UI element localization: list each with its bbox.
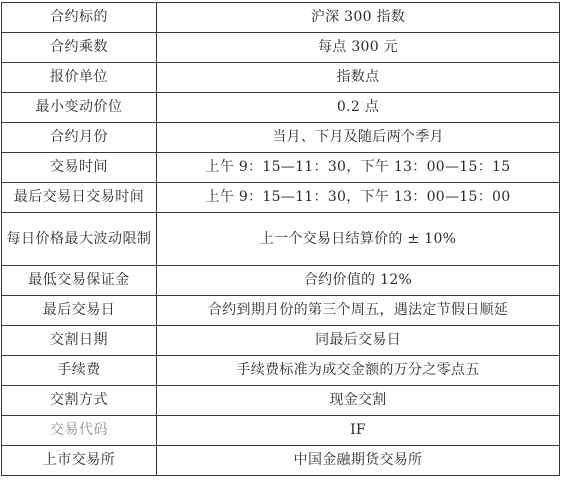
table-row: 最后交易日 合约到期月份的第三个周五，遇法定节假日顺延 xyxy=(2,296,560,326)
row-value: 手续费标准为成交金额的万分之零点五 xyxy=(157,356,560,386)
table-row: 交易时间 上午 9：15—11：30，下午 13：00—15：15 xyxy=(2,153,560,183)
table-row: 最小变动价位 0.2 点 xyxy=(2,93,560,123)
row-value: 中国金融期货交易所 xyxy=(157,446,560,476)
contract-spec-table: 合约标的 沪深 300 指数 合约乘数 每点 300 元 报价单位 指数点 最小… xyxy=(1,2,560,476)
table-row: 交割方式 现金交割 xyxy=(2,386,560,416)
table-row: 上市交易所 中国金融期货交易所 xyxy=(2,446,560,476)
row-label: 报价单位 xyxy=(2,63,157,93)
row-value: 现金交割 xyxy=(157,386,560,416)
table-row: 合约月份 当月、下月及随后两个季月 xyxy=(2,123,560,153)
table-row: 每日价格最大波动限制 上一个交易日结算价的 ± 10% xyxy=(2,213,560,266)
row-value: 上一个交易日结算价的 ± 10% xyxy=(157,213,560,266)
table-row: 报价单位 指数点 xyxy=(2,63,560,93)
table-row: 合约标的 沪深 300 指数 xyxy=(2,3,560,33)
table-row: 交易代码 IF xyxy=(2,416,560,446)
row-label: 上市交易所 xyxy=(2,446,157,476)
row-label: 最后交易日交易时间 xyxy=(2,183,157,213)
row-label: 手续费 xyxy=(2,356,157,386)
row-label: 合约月份 xyxy=(2,123,157,153)
row-value: 0.2 点 xyxy=(157,93,560,123)
row-label: 最后交易日 xyxy=(2,296,157,326)
table-row: 交割日期 同最后交易日 xyxy=(2,326,560,356)
row-label: 最小变动价位 xyxy=(2,93,157,123)
row-label: 交易时间 xyxy=(2,153,157,183)
row-value: 同最后交易日 xyxy=(157,326,560,356)
table-row: 最低交易保证金 合约价值的 12% xyxy=(2,266,560,296)
row-label: 交易代码 xyxy=(2,416,157,446)
row-label: 交割日期 xyxy=(2,326,157,356)
row-value: 上午 9：15—11：30，下午 13：00—15：00 xyxy=(157,183,560,213)
row-label: 最低交易保证金 xyxy=(2,266,157,296)
row-value: 上午 9：15—11：30，下午 13：00—15：15 xyxy=(157,153,560,183)
row-value: 指数点 xyxy=(157,63,560,93)
row-label: 每日价格最大波动限制 xyxy=(2,213,157,266)
row-value: 每点 300 元 xyxy=(157,33,560,63)
row-value: 合约到期月份的第三个周五，遇法定节假日顺延 xyxy=(157,296,560,326)
table-row: 合约乘数 每点 300 元 xyxy=(2,33,560,63)
row-value: IF xyxy=(157,416,560,446)
table-row: 最后交易日交易时间 上午 9：15—11：30，下午 13：00—15：00 xyxy=(2,183,560,213)
row-label: 合约标的 xyxy=(2,3,157,33)
row-label: 交割方式 xyxy=(2,386,157,416)
table-row: 手续费 手续费标准为成交金额的万分之零点五 xyxy=(2,356,560,386)
row-value: 沪深 300 指数 xyxy=(157,3,560,33)
row-label: 合约乘数 xyxy=(2,33,157,63)
row-value: 合约价值的 12% xyxy=(157,266,560,296)
row-value: 当月、下月及随后两个季月 xyxy=(157,123,560,153)
